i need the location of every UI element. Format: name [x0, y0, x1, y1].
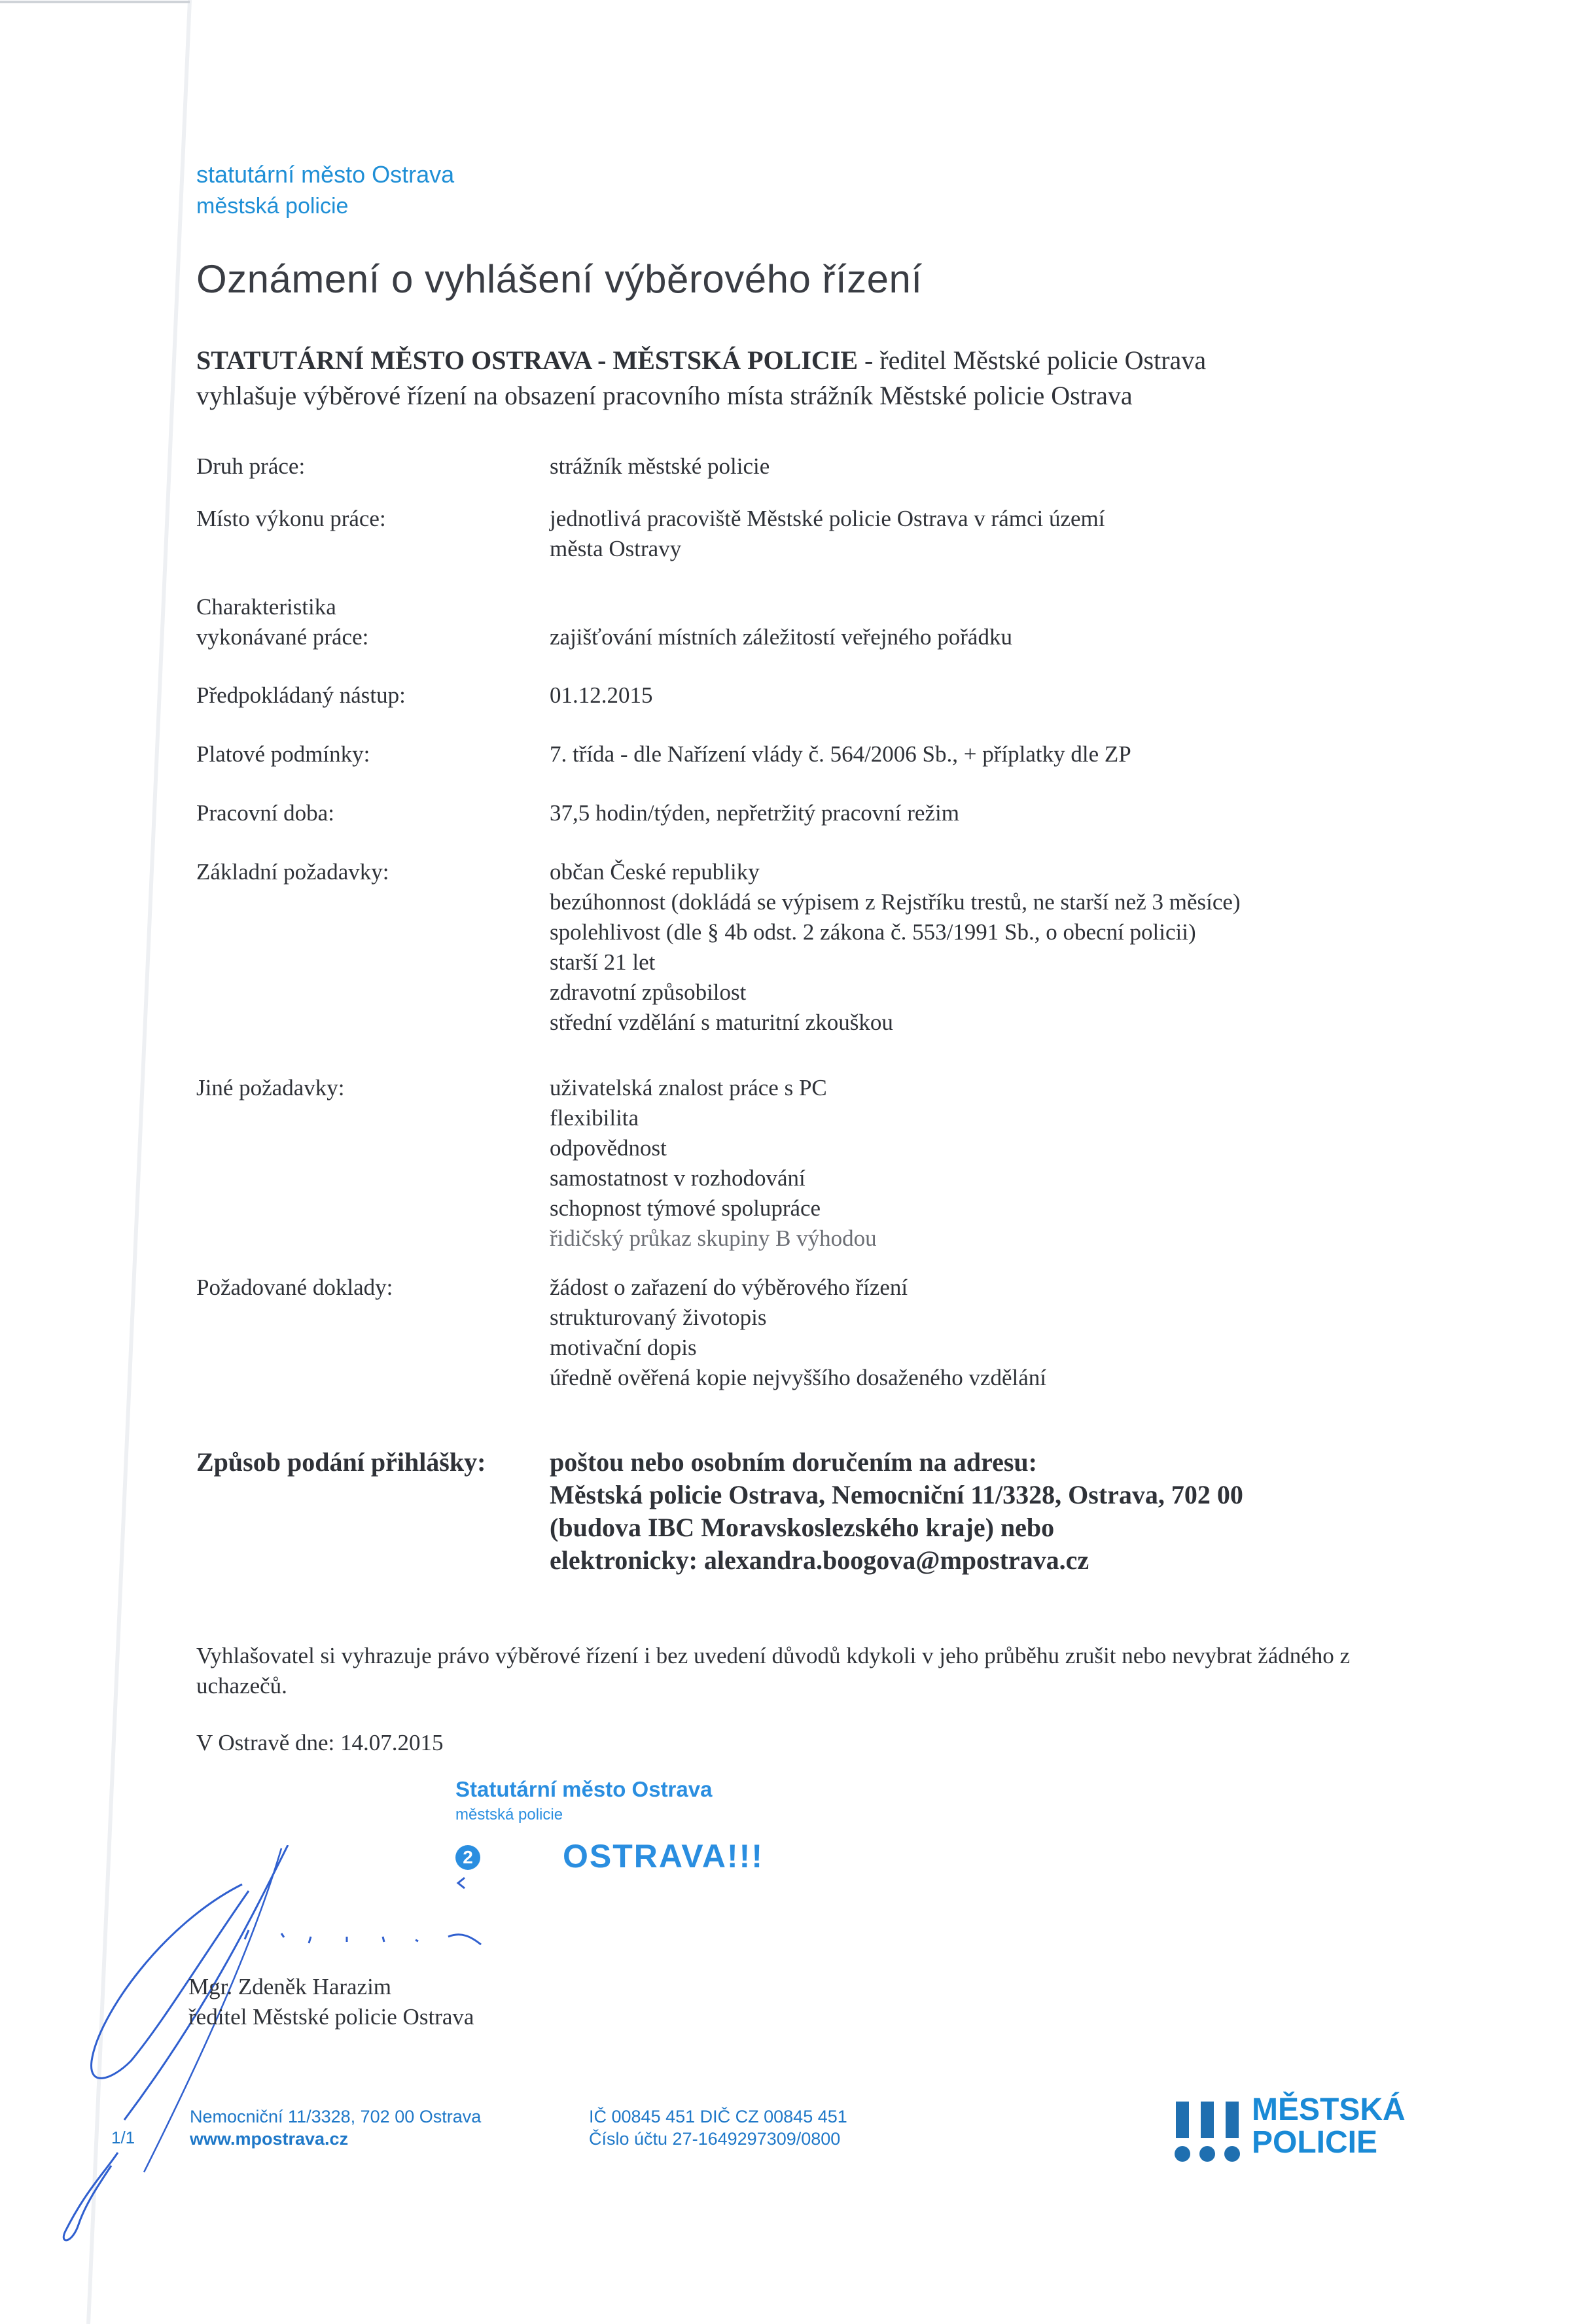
field-label: Místo výkonu práce: [196, 504, 550, 534]
signer-name: Mgr. Zdeněk Harazim [188, 1972, 474, 2002]
submission-line: (budova IBC Moravskoslezského kraje) neb… [550, 1511, 1466, 1544]
initials-mark-icon [39, 2146, 131, 2251]
signer-block: Mgr. Zdeněk Harazim ředitel Městské poli… [188, 1972, 474, 2032]
field-label-line: Místo výkonu práce: [196, 504, 550, 534]
footer-address-block: Nemocniční 11/3328, 702 00 Ostrava www.m… [190, 2105, 481, 2150]
field-value-line: motivační dopis [550, 1333, 1466, 1363]
field-label-line: Předpokládaný nástup: [196, 680, 550, 711]
field-label-line: Charakteristika [196, 592, 550, 622]
field-value-line: schopnost týmové spolupráce [550, 1193, 1466, 1224]
field-value: zajišťování místních záležitostí veřejné… [550, 592, 1466, 652]
date-line: V Ostravě dne: 14.07.2015 [196, 1730, 444, 1756]
field-value: 7. třída - dle Nařízení vlády č. 564/200… [550, 739, 1466, 769]
field-label-line: Platové podmínky: [196, 739, 550, 769]
exclamation-marks-icon [1175, 2102, 1240, 2167]
field-label: Požadované doklady: [196, 1273, 550, 1303]
field-value-line: odpovědnost [550, 1133, 1466, 1163]
field-value: strážník městské policie [550, 451, 1466, 482]
field-value-line: občan České republiky [550, 857, 1466, 887]
footer-ids-block: IČ 00845 451 DIČ CZ 00845 451 Číslo účtu… [589, 2105, 847, 2150]
field-value: uživatelská znalost práce s PCflexibilit… [550, 1073, 1466, 1254]
field-value-line [550, 592, 1466, 622]
submission-line: poštou nebo osobním doručením na adresu: [550, 1446, 1466, 1479]
header-department: městská policie [196, 194, 348, 219]
field-value-line: zdravotní způsobilost [550, 977, 1466, 1008]
field-label: Předpokládaný nástup: [196, 680, 550, 711]
field-value: jednotlivá pracoviště Městské policie Os… [550, 504, 1466, 564]
field-value-line: 01.12.2015 [550, 680, 1466, 711]
field-label: Jiné požadavky: [196, 1073, 550, 1103]
submission-email[interactable]: elektronicky: alexandra.boogova@mpostrav… [550, 1544, 1466, 1577]
field-label: Charakteristikavykonávané práce: [196, 592, 550, 652]
logo-line2: POLICIE [1252, 2126, 1406, 2159]
field-value-line: strukturovaný životopis [550, 1303, 1466, 1333]
field-value-line: 37,5 hodin/týden, nepřetržitý pracovní r… [550, 798, 1466, 828]
field-value-line: bezúhonnost (dokládá se výpisem z Rejstř… [550, 887, 1466, 917]
field-label-line: Druh práce: [196, 451, 550, 482]
field-value-line: spolehlivost (dle § 4b odst. 2 zákona č.… [550, 917, 1466, 947]
field-label: Druh práce: [196, 451, 550, 482]
field-value-line: řidičský průkaz skupiny B výhodou [550, 1224, 1466, 1254]
intro-bold: STATUTÁRNÍ MĚSTO OSTRAVA - MĚSTSKÁ POLIC… [196, 345, 858, 375]
logo-text: MĚSTSKÁ POLICIE [1252, 2094, 1406, 2159]
field-value-line: úředně ověřená kopie nejvyššího dosažené… [550, 1363, 1466, 1393]
signer-position: ředitel Městské policie Ostrava [188, 2002, 474, 2032]
field-value-line: strážník městské policie [550, 451, 1466, 482]
field-label-line: Základní požadavky: [196, 857, 550, 887]
field-value: občan České republikybezúhonnost (doklád… [550, 857, 1466, 1038]
footer-address: Nemocniční 11/3328, 702 00 Ostrava [190, 2105, 481, 2128]
header-organization: statutární město Ostrava [196, 161, 454, 188]
field-value-line: jednotlivá pracoviště Městské policie Os… [550, 504, 1466, 534]
disclaimer: Vyhlašovatel si vyhrazuje právo výběrové… [196, 1641, 1440, 1701]
field-value-line: samostatnost v rozhodování [550, 1163, 1466, 1193]
submission-line: Městská policie Ostrava, Nemocniční 11/3… [550, 1479, 1466, 1511]
field-value-line: starší 21 let [550, 947, 1466, 977]
field-value: 37,5 hodin/týden, nepřetržitý pracovní r… [550, 798, 1466, 828]
field-label-line: Jiné požadavky: [196, 1073, 550, 1103]
field-label-line: Požadované doklady: [196, 1273, 550, 1303]
field-label: Základní požadavky: [196, 857, 550, 887]
field-value-line: žádost o zařazení do výběrového řízení [550, 1273, 1466, 1303]
field-label-line: vykonávané práce: [196, 622, 550, 652]
field-value-line: města Ostravy [550, 534, 1466, 564]
field-value-line: flexibilita [550, 1103, 1466, 1133]
footer-ids: IČ 00845 451 DIČ CZ 00845 451 [589, 2105, 847, 2128]
intro-line2: vyhlašuje výběrové řízení na obsazení pr… [196, 378, 1440, 414]
field-value-line: 7. třída - dle Nařízení vlády č. 564/200… [550, 739, 1466, 769]
submission-label: Způsob podání přihlášky: [196, 1446, 550, 1479]
field-value-line: střední vzdělání s maturitní zkouškou [550, 1008, 1466, 1038]
footer-website-link[interactable]: www.mpostrava.cz [190, 2128, 481, 2150]
document-title: Oznámení o vyhlášení výběrového řízení [196, 256, 923, 302]
field-value-line: uživatelská znalost práce s PC [550, 1073, 1466, 1103]
intro-paragraph: STATUTÁRNÍ MĚSTO OSTRAVA - MĚSTSKÁ POLIC… [196, 343, 1440, 414]
footer-account: Číslo účtu 27-1649297309/0800 [589, 2128, 847, 2150]
field-value: žádost o zařazení do výběrového řízeníst… [550, 1273, 1466, 1393]
page-number: 1/1 [111, 2128, 135, 2148]
intro-rest: - ředitel Městské policie Ostrava [858, 345, 1206, 375]
logo-line1: MĚSTSKÁ [1252, 2094, 1406, 2126]
field-label: Pracovní doba: [196, 798, 550, 828]
field-label: Platové podmínky: [196, 739, 550, 769]
field-value-line: zajišťování místních záležitostí veřejné… [550, 622, 1466, 652]
stamp-department: městská policie [455, 1806, 563, 1824]
submission-values: poštou nebo osobním doručením na adresu:… [550, 1446, 1466, 1577]
field-value: 01.12.2015 [550, 680, 1466, 711]
stamp-organization: Statutární město Ostrava [455, 1777, 712, 1802]
field-label-line: Pracovní doba: [196, 798, 550, 828]
